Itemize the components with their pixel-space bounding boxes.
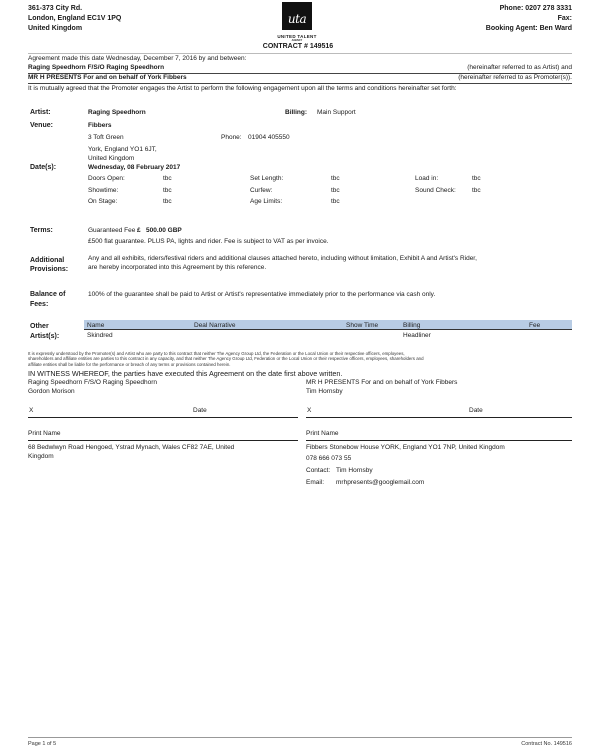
artist-address-2: Kingdom [28, 453, 54, 460]
row-billing: Headliner [403, 332, 431, 339]
promoter-party-note: (hereinafter referred to as Promoter(s))… [458, 74, 572, 81]
fee-currency: £ [137, 227, 141, 234]
time-value: tbc [472, 175, 481, 182]
time-value: tbc [163, 175, 172, 182]
artist-party-note: (hereinafter referred to as Artist) and [467, 64, 572, 71]
balance-label-1: Balance of [30, 291, 65, 298]
artist-signature-line[interactable] [28, 417, 298, 418]
logo-sub: AGENCY [270, 39, 324, 42]
mutual-agreement: It is mutually agreed that the Promoter … [28, 85, 457, 92]
artist-label: Artist: [30, 109, 51, 116]
balance-text: 100% of the guarantee shall be paid to A… [88, 291, 435, 298]
col-deal-narrative: Deal Narrative [194, 322, 236, 329]
promoter-contact: Tim Hornsby [336, 467, 373, 474]
other-artists-label-2: Artist(s): [30, 333, 59, 340]
address-line-2: London, England EC1V 1PQ [28, 14, 121, 24]
page-footer: Page 1 of 5 Contract No. 149516 [28, 737, 572, 747]
footer-contract-number: Contract No. 149516 [521, 741, 572, 747]
disclaimer-line: affiliate entities shall be liable for t… [28, 362, 576, 367]
time-label: On Stage: [88, 198, 117, 205]
venue-phone-label: Phone: [221, 134, 242, 141]
promoter-party: MR H PRESENTS For and on behalf of York … [28, 74, 187, 81]
artist-entity: Raging Speedhorn F/S/O Raging Speedhorn [28, 379, 157, 386]
table-row: Skindred Headliner [84, 330, 572, 340]
disclaimer: It is expressly understood by the Promot… [28, 351, 576, 367]
promoter-signature-line[interactable] [306, 417, 572, 418]
fee-note: £500 flat guarantee. PLUS PA, lights and… [88, 238, 329, 245]
time-value: tbc [472, 187, 481, 194]
event-date: Wednesday, 08 February 2017 [88, 164, 180, 171]
time-label: Age Limits: [250, 198, 282, 205]
provisions-label-1: Additional [30, 257, 64, 264]
row-name: Skindred [87, 332, 113, 339]
time-value: tbc [163, 187, 172, 194]
promoter-print-name-label: Print Name [306, 430, 339, 437]
agency-fax: Fax: [486, 14, 572, 24]
promoter-print-name-line[interactable] [306, 440, 572, 441]
agency-contact: Phone: 0207 278 3331 Fax: Booking Agent:… [486, 4, 572, 34]
col-billing: Billing [403, 322, 420, 329]
time-value: tbc [331, 175, 340, 182]
provisions-text-2: are hereby incorporated into this Agreem… [88, 264, 266, 271]
address-line-1: 361-373 City Rd. [28, 4, 121, 14]
time-label: Showtime: [88, 187, 118, 194]
venue-phone: 01904 405550 [248, 134, 290, 141]
col-show-time: Show Time [346, 322, 378, 329]
promoter-signatory: Tim Hornsby [306, 388, 343, 395]
fee-amount: 500.00 GBP [146, 227, 182, 234]
balance-label-2: Fees: [30, 301, 48, 308]
venue-name: Fibbers [88, 122, 111, 129]
artist-name: Raging Speedhorn [88, 109, 146, 116]
agreement-intro: Agreement made this date Wednesday, Dece… [28, 55, 246, 62]
artist-sign-mark: X [29, 407, 33, 414]
other-artists-label-1: Other [30, 323, 49, 330]
venue-label: Venue: [30, 122, 53, 129]
promoter-date-label: Date [469, 407, 483, 414]
venue-address-1: 3 Toft Green [88, 134, 124, 141]
promoter-email-label: Email: [306, 479, 324, 486]
time-label: Curfew: [250, 187, 272, 194]
promoter-sign-mark: X [307, 407, 311, 414]
artist-print-name-label: Print Name [28, 430, 61, 437]
address-line-3: United Kingdom [28, 24, 121, 34]
dates-label: Date(s): [30, 164, 56, 171]
contract-title: CONTRACT # 149516 [258, 43, 338, 50]
artist-signatory: Gordon Morison [28, 388, 75, 395]
page-number: Page 1 of 5 [28, 741, 56, 747]
fee-label: Guaranteed Fee [88, 227, 135, 234]
artist-party: Raging Speedhorn F/S/O Raging Speedhorn [28, 64, 164, 71]
artist-print-name-line[interactable] [28, 440, 298, 441]
col-name: Name [87, 322, 104, 329]
promoter-party-row: MR H PRESENTS For and on behalf of York … [28, 74, 572, 81]
artist-party-row: Raging Speedhorn F/S/O Raging Speedhorn … [28, 64, 572, 71]
venue-address-2: York, England YO1 6JT, [88, 146, 157, 153]
booking-agent: Booking Agent: Ben Ward [486, 24, 572, 34]
promoter-email[interactable]: mrhpresents@googlemail.com [336, 479, 424, 486]
billing-label: Billing: [285, 109, 307, 116]
other-artists-table-header: Name Deal Narrative Show Time Billing Fe… [84, 320, 572, 330]
promoter-phone: 078 666 073 55 [306, 455, 351, 462]
promoter-entity: MR H PRESENTS For and on behalf of York … [306, 379, 457, 386]
time-label: Doors Open: [88, 175, 125, 182]
time-value: tbc [331, 187, 340, 194]
terms-label: Terms: [30, 227, 53, 234]
promoter-address: Fibbers Stonebow House YORK, England YO1… [306, 444, 505, 451]
artist-date-label: Date [193, 407, 207, 414]
time-value: tbc [331, 198, 340, 205]
time-label: Sound Check: [415, 187, 456, 194]
promoter-contact-label: Contact: [306, 467, 330, 474]
time-label: Set Length: [250, 175, 283, 182]
venue-address-3: United Kingdom [88, 155, 134, 162]
uta-logo: uta [282, 2, 312, 30]
witness-statement: IN WITNESS WHEREOF, the parties have exe… [28, 369, 342, 378]
time-label: Load in: [415, 175, 438, 182]
col-fee: Fee [529, 322, 540, 329]
provisions-text-1: Any and all exhibits, riders/festival ri… [88, 255, 477, 262]
artist-address-1: 68 Bedwlwyn Road Hengoed, Ystrad Mynach,… [28, 444, 234, 451]
time-value: tbc [163, 198, 172, 205]
logo-mark: uta [288, 12, 306, 26]
agency-address: 361-373 City Rd. London, England EC1V 1P… [28, 4, 121, 34]
divider [28, 83, 572, 84]
divider [28, 53, 572, 54]
billing-value: Main Support [317, 109, 356, 116]
provisions-label-2: Provisions: [30, 266, 68, 273]
agency-phone: Phone: 0207 278 3331 [486, 4, 572, 14]
